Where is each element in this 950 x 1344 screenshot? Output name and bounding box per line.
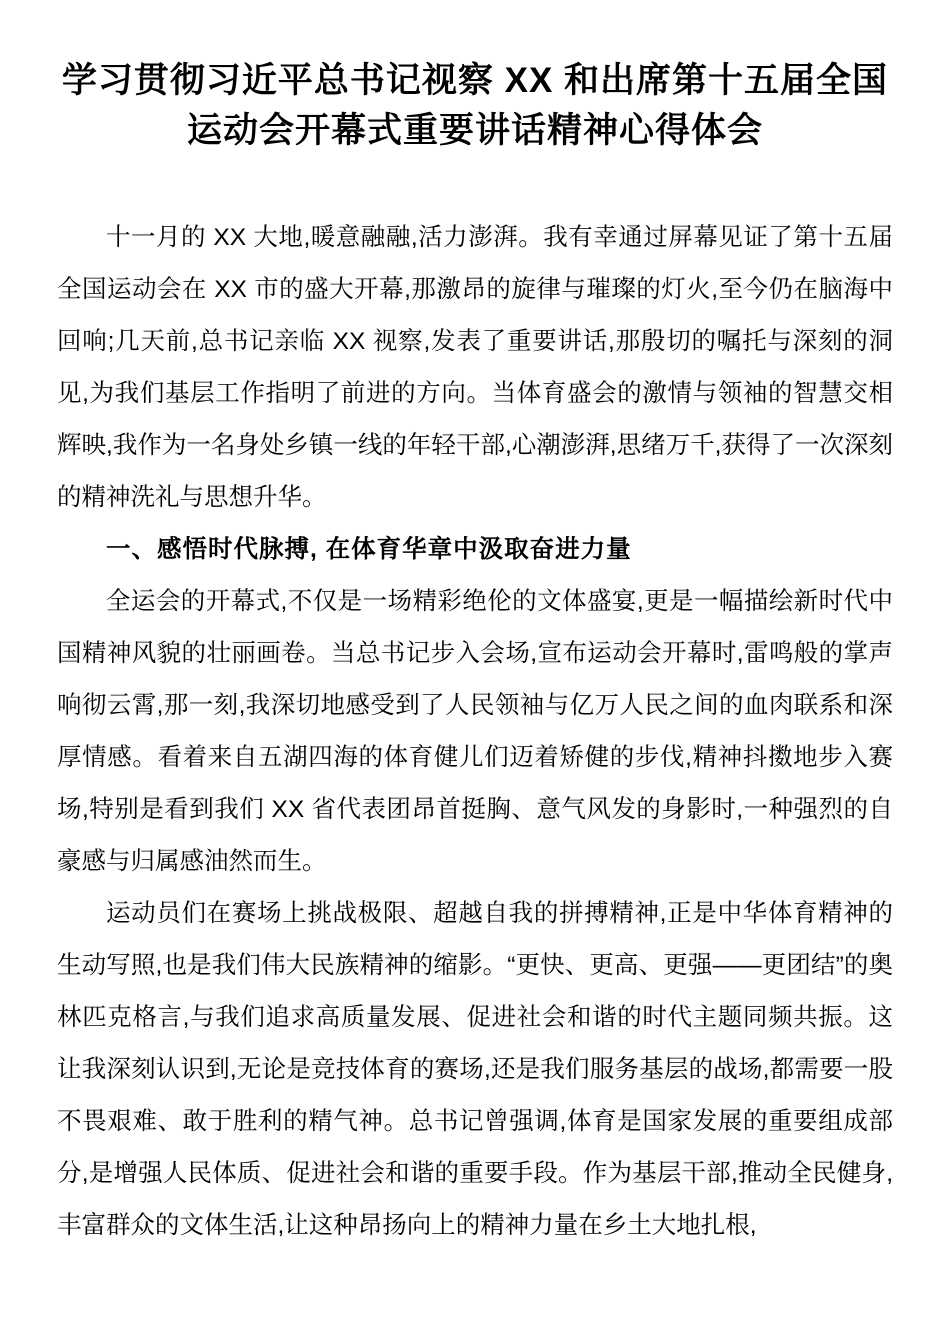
paragraph-opening-ceremony: 全运会的开幕式,不仅是一场精彩绝伦的文体盛宴,更是一幅描绘新时代中国精神风貌的壮… <box>57 576 893 888</box>
document-page: 学习贯彻习近平总书记视察 XX 和出席第十五届全国运动会开幕式重要讲话精神心得体… <box>0 0 950 1344</box>
document-title: 学习贯彻习近平总书记视察 XX 和出席第十五届全国运动会开幕式重要讲话精神心得体… <box>57 56 893 156</box>
paragraph-intro: 十一月的 XX 大地,暖意融融,活力澎湃。我有幸通过屏幕见证了第十五届全国运动会… <box>57 212 893 524</box>
paragraph-sports-spirit: 运动员们在赛场上挑战极限、超越自我的拼搏精神,正是中华体育精神的生动写照,也是我… <box>57 888 893 1252</box>
section-heading-1: 一、感悟时代脉搏, 在体育华章中汲取奋进力量 <box>57 524 893 576</box>
